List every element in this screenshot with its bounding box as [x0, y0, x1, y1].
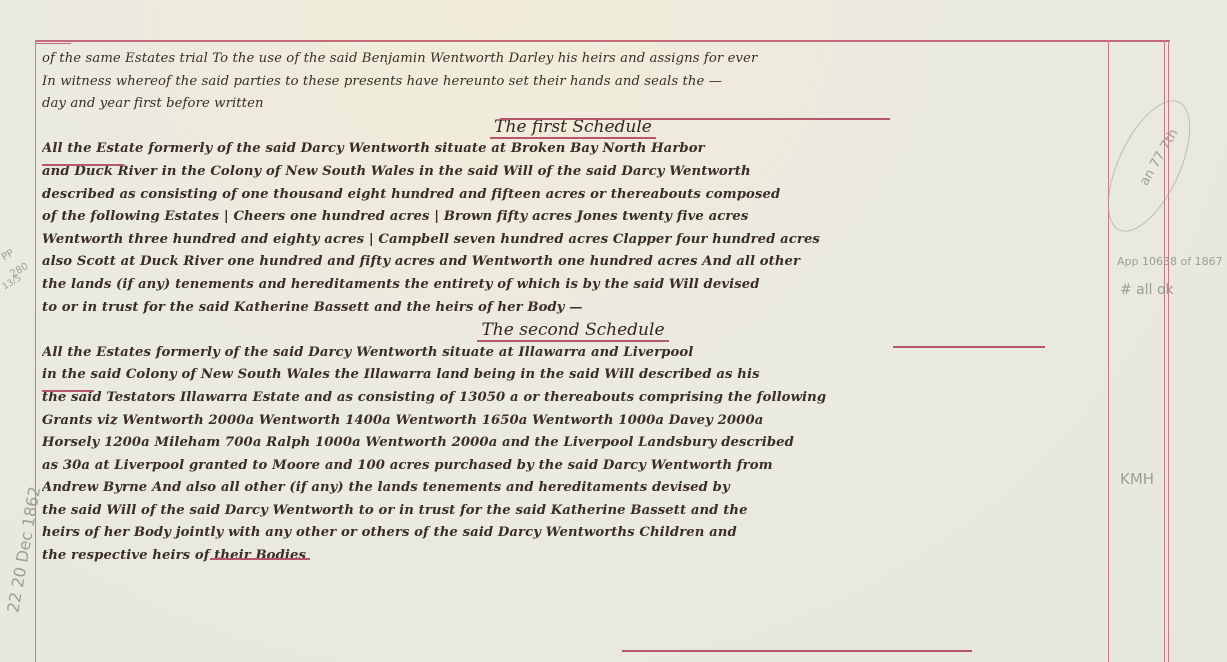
text-line: of the same Estates trial To the use of …: [42, 48, 1104, 71]
margin-note-ok: # all ok: [1120, 282, 1174, 298]
text-line: day and year first before written: [42, 93, 1104, 116]
text-line: Andrew Byrne And also all other (if any)…: [42, 477, 1104, 500]
red-separator-line: [500, 118, 890, 120]
left-margin-rule: [35, 40, 36, 662]
text-line: the said Testators Illawarra Estate and …: [42, 387, 1104, 410]
text-line: Wentworth three hundred and eighty acres…: [42, 229, 1104, 252]
text-line: heirs of her Body jointly with any other…: [42, 522, 1104, 545]
text-line: the lands (if any) tenements and heredit…: [42, 274, 1104, 297]
red-underline-all: [42, 390, 94, 392]
margin-note-left-vertical: 22 20 Dec 1862: [3, 485, 44, 614]
text-line: described as consisting of one thousand …: [42, 184, 1104, 207]
text-line: of the following Estates | Cheers one hu…: [42, 206, 1104, 229]
red-separator-line: [622, 650, 972, 652]
text-line: Grants viz Wentworth 2000a Wentworth 140…: [42, 410, 1104, 433]
top-red-rule-accent: [35, 43, 71, 44]
text-line: in the said Colony of New South Wales th…: [42, 364, 1104, 387]
text-line: the respective heirs of their Bodies: [42, 545, 1104, 568]
red-underline-and-also: [210, 558, 310, 560]
text-line: All the Estate formerly of the said Darc…: [42, 138, 1104, 161]
deed-body: of the same Estates trial To the use of …: [42, 48, 1104, 568]
margin-note-left-1: PP: [0, 248, 16, 264]
red-separator-line: [893, 346, 1045, 348]
right-margin-rule: [1108, 40, 1109, 662]
red-underline-all: [42, 164, 124, 166]
margin-note-left-3: 13/5: [1, 274, 24, 293]
text-line: to or in trust for the said Katherine Ba…: [42, 297, 1104, 320]
text-line: Horsely 1200a Mileham 700a Ralph 1000a W…: [42, 432, 1104, 455]
margin-note-application: App 10638 of 1867: [1117, 255, 1223, 268]
margin-initials: KMH: [1120, 470, 1154, 488]
text-line: as 30a at Liverpool granted to Moore and…: [42, 455, 1104, 478]
text-line: the said Will of the said Darcy Wentwort…: [42, 500, 1104, 523]
text-line: and Duck River in the Colony of New Sout…: [42, 161, 1104, 184]
top-red-rule: [35, 40, 1170, 42]
deed-page: of the same Estates trial To the use of …: [0, 0, 1227, 662]
text-line: also Scott at Duck River one hundred and…: [42, 251, 1104, 274]
second-schedule-heading: The second Schedule: [42, 319, 1104, 342]
text-line: In witness whereof the said parties to t…: [42, 71, 1104, 94]
